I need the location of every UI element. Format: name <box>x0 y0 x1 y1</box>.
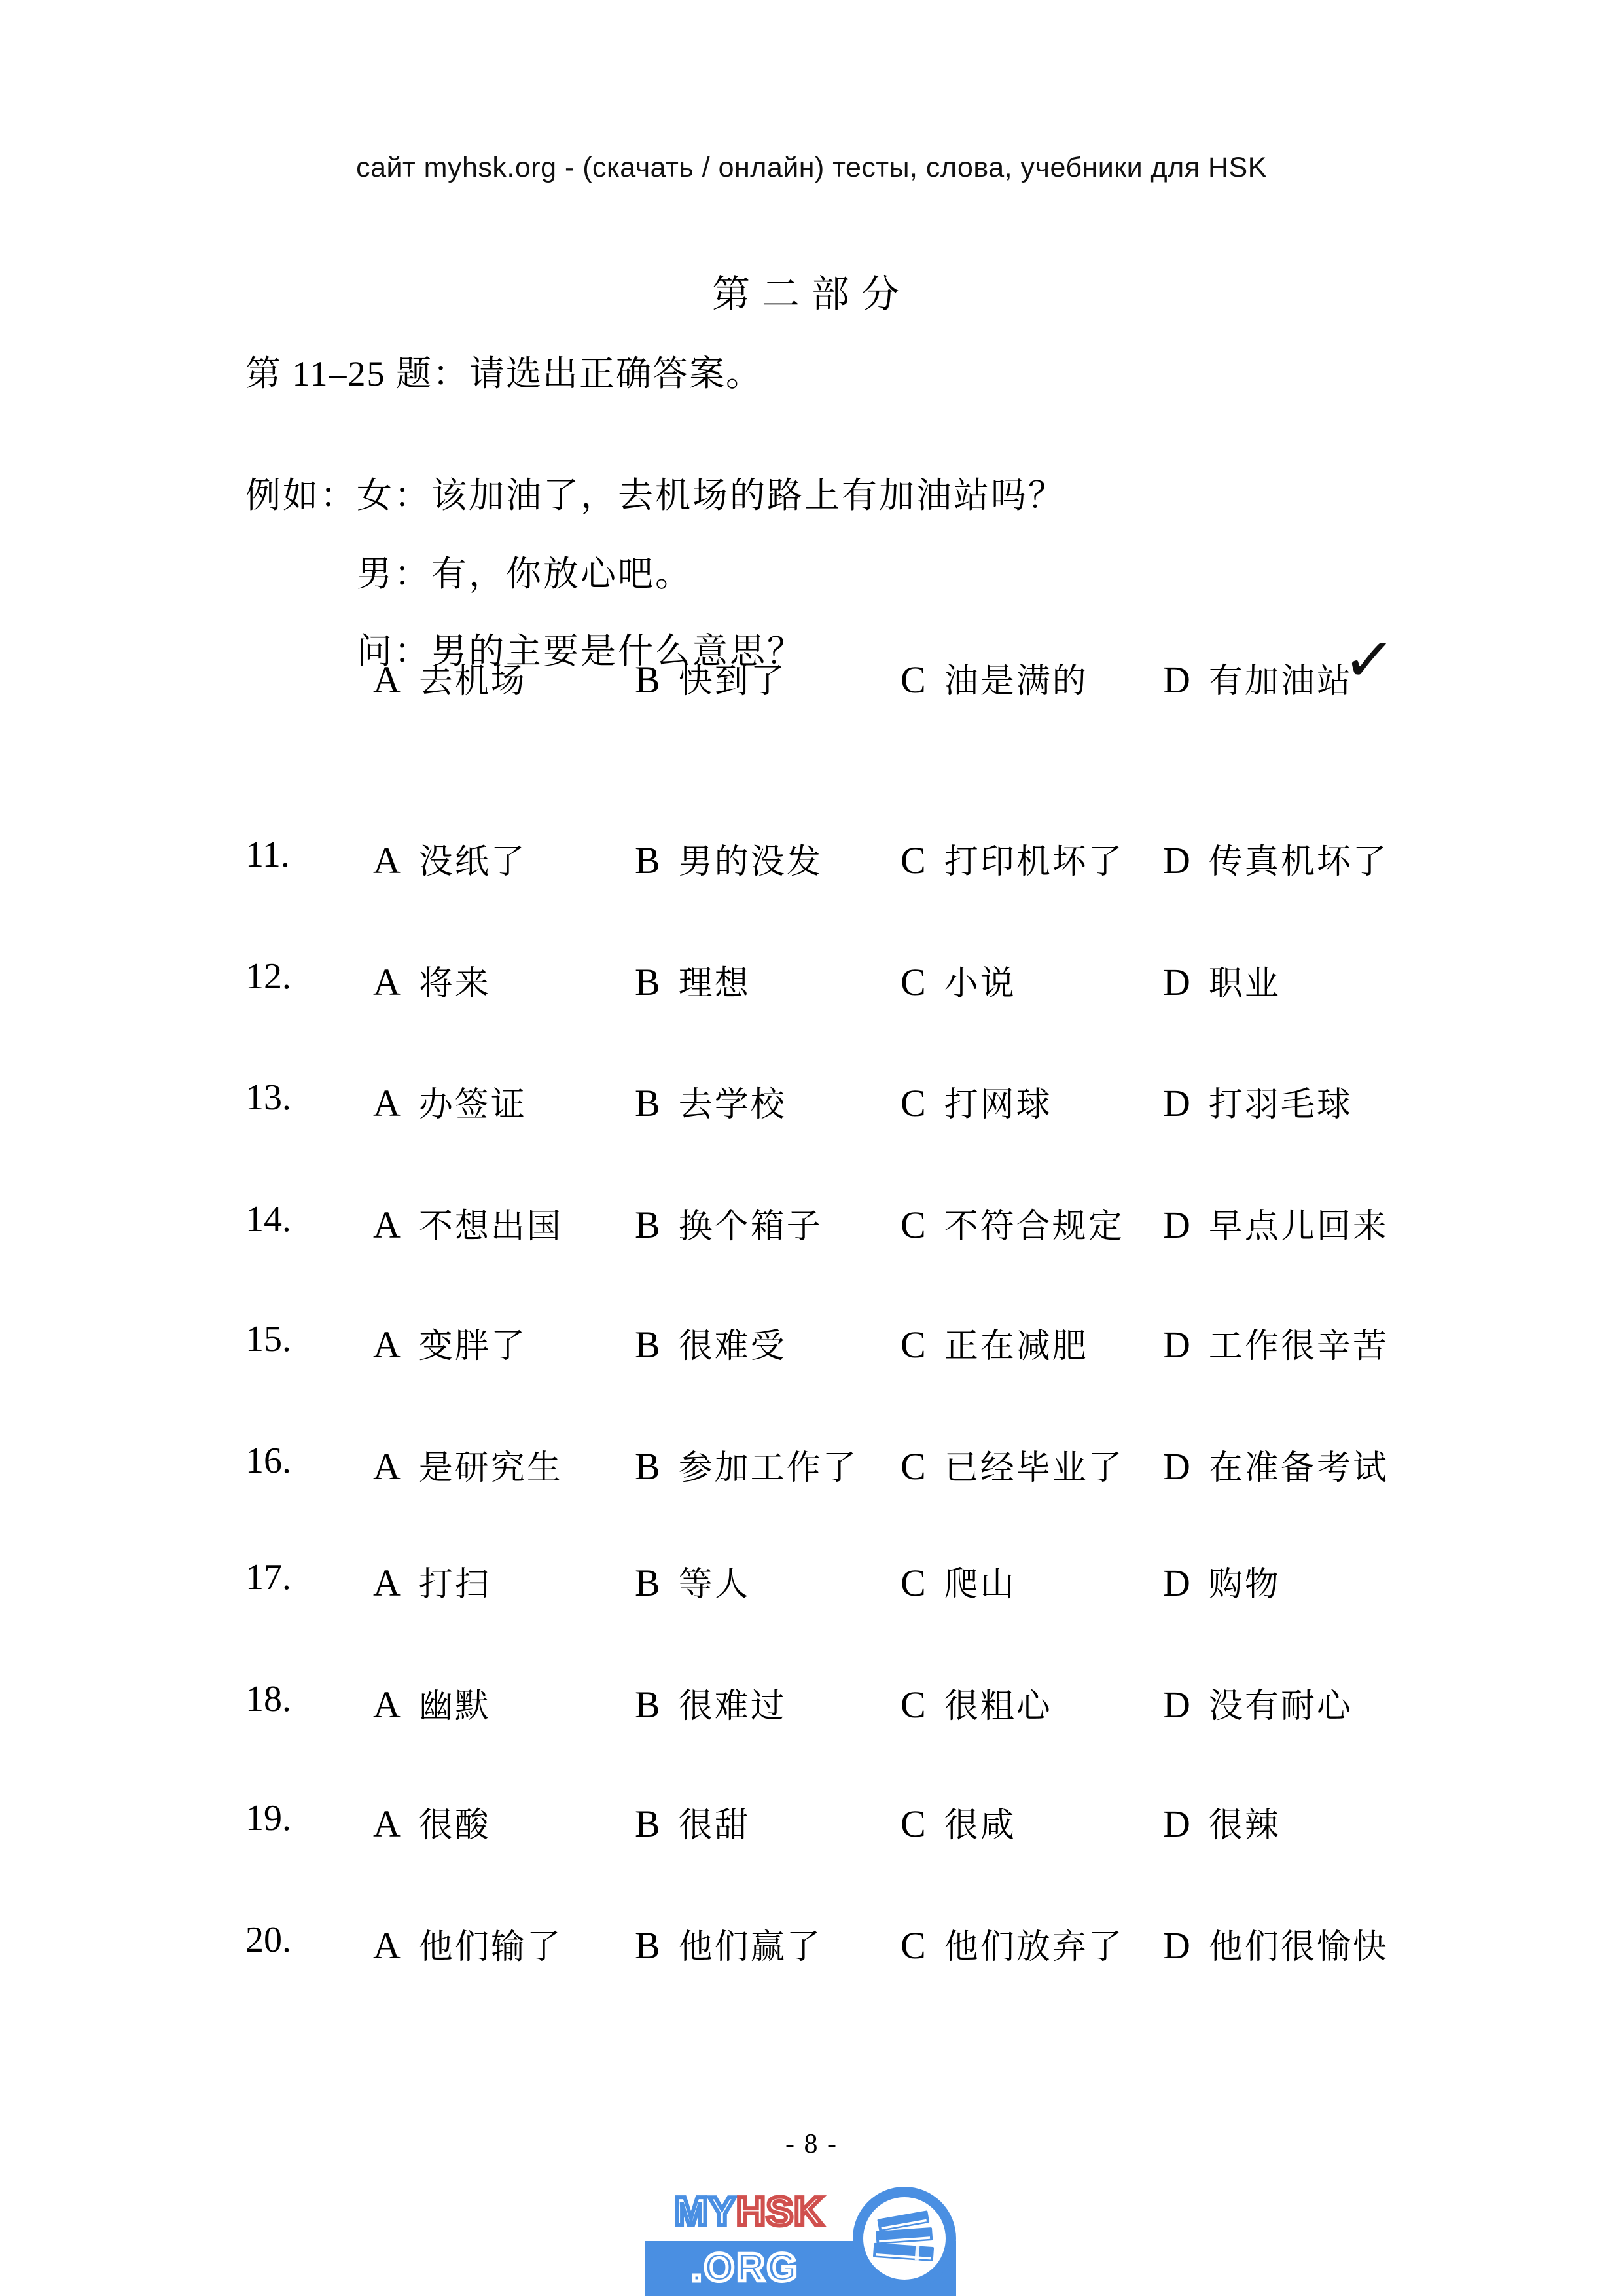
question-number: 20. <box>245 1919 291 1961</box>
logo-brand-my: MY <box>674 2189 736 2234</box>
option-letter: A <box>373 1562 401 1604</box>
option-text: 职业 <box>1209 965 1281 1003</box>
option-text: 很甜 <box>679 1807 751 1844</box>
option-text: 办签证 <box>419 1086 527 1124</box>
question-number: 16. <box>245 1440 291 1482</box>
logo-brand-org: .ORG <box>691 2245 799 2290</box>
question-option-b: B换个箱子 <box>635 1198 823 1247</box>
question-option-d: D工作很辛苦 <box>1163 1318 1389 1367</box>
question-option-d: D在准备考试 <box>1163 1440 1389 1489</box>
option-letter: B <box>635 1562 660 1604</box>
option-letter: A <box>373 1082 401 1124</box>
option-text: 很酸 <box>419 1807 491 1844</box>
option-text: 没有耐心 <box>1209 1688 1353 1725</box>
option-text: 很粗心 <box>944 1688 1052 1725</box>
question-option-b: B很难过 <box>635 1678 787 1727</box>
question-option-c: C不符合规定 <box>901 1198 1124 1247</box>
question-option-d: D打羽毛球 <box>1163 1077 1353 1126</box>
logo-brand-text: MYHSK <box>674 2189 844 2235</box>
option-letter: D <box>1163 1323 1190 1366</box>
question-option-b: B很难受 <box>635 1318 787 1367</box>
question-number: 15. <box>245 1318 291 1360</box>
question-row: 16. A是研究生 B参加工作了 C已经毕业了 D在准备考试 <box>0 1440 1623 1492</box>
question-option-a: A将来 <box>373 956 491 1005</box>
option-letter: C <box>901 1323 926 1366</box>
option-letter: A <box>373 961 401 1003</box>
option-letter: B <box>635 1082 660 1124</box>
option-text: 已经毕业了 <box>944 1450 1124 1487</box>
option-letter: A <box>373 1445 401 1488</box>
option-letter: D <box>1163 1445 1190 1488</box>
question-number: 17. <box>245 1556 291 1598</box>
question-option-c: C正在减肥 <box>901 1318 1088 1367</box>
logo-brand-hsk: HSK <box>736 2189 824 2234</box>
option-text: 幽默 <box>419 1688 491 1725</box>
example-dialog-man: 男：有，你放心吧。 <box>357 546 692 596</box>
page-number: - 8 - <box>0 2128 1623 2160</box>
question-option-c: C很咸 <box>901 1797 1016 1846</box>
question-option-a: A是研究生 <box>373 1440 563 1489</box>
option-text: 打印机坏了 <box>944 844 1124 881</box>
question-number: 18. <box>245 1678 291 1720</box>
option-letter: C <box>901 1683 926 1726</box>
question-option-b: B等人 <box>635 1556 751 1605</box>
option-text: 早点儿回来 <box>1209 1208 1389 1246</box>
question-option-c: C他们放弃了 <box>901 1919 1124 1968</box>
site-header-line: сайт myhsk.org - (скачать / онлайн) тест… <box>0 152 1623 184</box>
question-option-b: B去学校 <box>635 1077 787 1126</box>
option-text: 打羽毛球 <box>1209 1086 1353 1124</box>
option-text: 在准备考试 <box>1209 1450 1389 1487</box>
option-letter: D <box>1163 658 1190 701</box>
option-letter: B <box>635 658 660 701</box>
option-text: 很咸 <box>944 1807 1016 1844</box>
option-text: 是研究生 <box>419 1450 563 1487</box>
question-option-d: D传真机坏了 <box>1163 834 1389 883</box>
example-label: 例如： <box>245 467 357 518</box>
question-row: 13. A办签证 B去学校 C打网球 D打羽毛球 <box>0 1077 1623 1129</box>
question-option-b: B很甜 <box>635 1797 751 1846</box>
question-option-d: D早点儿回来 <box>1163 1198 1389 1247</box>
option-letter: C <box>901 1924 926 1967</box>
option-text: 去机场 <box>419 663 527 700</box>
option-letter: A <box>373 1323 401 1366</box>
question-row: 19. A很酸 B很甜 C很咸 D很辣 <box>0 1797 1623 1850</box>
option-letter: D <box>1163 1924 1190 1967</box>
option-text: 不想出国 <box>419 1208 563 1246</box>
option-text: 理想 <box>679 965 751 1003</box>
option-letter: B <box>635 839 660 882</box>
example-dialog-woman: 女：该加油了，去机场的路上有加油站吗？ <box>357 467 1065 518</box>
question-row: 20. A他们输了 B他们赢了 C他们放弃了 D他们很愉快 <box>0 1919 1623 1971</box>
question-option-a: A打扫 <box>373 1556 491 1605</box>
option-letter: C <box>901 1204 926 1246</box>
option-text: 他们赢了 <box>679 1929 823 1966</box>
question-row: 14. A不想出国 B换个箱子 C不符合规定 D早点儿回来 <box>0 1198 1623 1251</box>
question-option-c: C小说 <box>901 956 1016 1005</box>
option-text: 有加油站 <box>1209 663 1353 700</box>
question-option-d: D购物 <box>1163 1556 1281 1605</box>
question-option-a: A没纸了 <box>373 834 527 883</box>
option-text: 等人 <box>679 1566 751 1604</box>
option-letter: C <box>901 1562 926 1604</box>
option-text: 他们放弃了 <box>944 1929 1124 1966</box>
option-text: 没纸了 <box>419 844 527 881</box>
option-letter: B <box>635 1445 660 1488</box>
question-option-a: A办签证 <box>373 1077 527 1126</box>
question-option-a: A他们输了 <box>373 1919 563 1968</box>
option-letter: A <box>373 658 401 701</box>
question-row: 15. A变胖了 B很难受 C正在减肥 D工作很辛苦 <box>0 1318 1623 1371</box>
document-page: сайт myhsk.org - (скачать / онлайн) тест… <box>0 0 1623 2296</box>
option-letter: B <box>635 1204 660 1246</box>
question-row: 12. A将来 B理想 C小说 D职业 <box>0 956 1623 1008</box>
option-letter: D <box>1163 1683 1190 1726</box>
option-letter: C <box>901 1082 926 1124</box>
question-option-c: C很粗心 <box>901 1678 1052 1727</box>
option-text: 参加工作了 <box>679 1450 859 1487</box>
option-text: 快到了 <box>679 663 787 700</box>
option-text: 购物 <box>1209 1566 1281 1604</box>
option-letter: A <box>373 1683 401 1726</box>
option-text: 变胖了 <box>419 1328 527 1365</box>
example-options-row: A去机场 B快到了 C油是满的 D有加油站 ✓ <box>0 653 1623 706</box>
question-option-a: A很酸 <box>373 1797 491 1846</box>
option-letter: B <box>635 1323 660 1366</box>
option-letter: D <box>1163 1562 1190 1604</box>
option-letter: D <box>1163 1803 1190 1845</box>
question-option-a: A不想出国 <box>373 1198 563 1247</box>
question-number: 13. <box>245 1077 291 1119</box>
option-text: 换个箱子 <box>679 1208 823 1246</box>
question-option-a: A变胖了 <box>373 1318 527 1367</box>
option-letter: A <box>373 839 401 882</box>
question-option-b: B参加工作了 <box>635 1440 859 1489</box>
question-option-c: C爬山 <box>901 1556 1016 1605</box>
question-option-b: B男的没发 <box>635 834 823 883</box>
option-letter: D <box>1163 839 1190 882</box>
question-number: 12. <box>245 956 291 997</box>
question-option-c: C已经毕业了 <box>901 1440 1124 1489</box>
option-text: 很难受 <box>679 1328 787 1365</box>
question-option-d: D很辣 <box>1163 1797 1281 1846</box>
correct-answer-checkmark: ✓ <box>1340 621 1398 698</box>
question-row: 18. A幽默 B很难过 C很粗心 D没有耐心 <box>0 1678 1623 1731</box>
question-option-b: B他们赢了 <box>635 1919 823 1968</box>
option-text: 小说 <box>944 965 1016 1003</box>
option-letter: B <box>635 1924 660 1967</box>
question-number: 11. <box>245 834 290 876</box>
option-text: 很难过 <box>679 1688 787 1725</box>
option-letter: A <box>373 1803 401 1845</box>
option-text: 将来 <box>419 965 491 1003</box>
option-text: 传真机坏了 <box>1209 844 1389 881</box>
option-letter: A <box>373 1924 401 1967</box>
option-text: 工作很辛苦 <box>1209 1328 1389 1365</box>
question-option-a: A幽默 <box>373 1678 491 1727</box>
option-text: 去学校 <box>679 1086 787 1124</box>
question-number: 19. <box>245 1797 291 1839</box>
instruction-line: 第 11–25 题：请选出正确答案。 <box>245 346 762 396</box>
option-letter: C <box>901 1803 926 1845</box>
option-text: 很辣 <box>1209 1807 1281 1844</box>
question-row: 11. A没纸了 B男的没发 C打印机坏了 D传真机坏了 <box>0 834 1623 886</box>
option-letter: B <box>635 1803 660 1845</box>
example-option-c: C油是满的 <box>901 653 1088 702</box>
option-letter: D <box>1163 1082 1190 1124</box>
section-title: 第二部分 <box>0 263 1623 318</box>
question-number: 14. <box>245 1198 291 1240</box>
question-option-c: C打印机坏了 <box>901 834 1124 883</box>
example-option-d: D有加油站 <box>1163 653 1353 702</box>
option-text: 他们很愉快 <box>1209 1929 1389 1966</box>
example-option-a: A去机场 <box>373 653 527 702</box>
option-text: 他们输了 <box>419 1929 563 1966</box>
option-letter: B <box>635 961 660 1003</box>
question-option-b: B理想 <box>635 956 751 1005</box>
option-letter: C <box>901 839 926 882</box>
option-letter: D <box>1163 1204 1190 1246</box>
option-letter: B <box>635 1683 660 1726</box>
option-text: 不符合规定 <box>944 1208 1124 1246</box>
option-text: 油是满的 <box>944 663 1088 700</box>
option-text: 爬山 <box>944 1566 1016 1604</box>
option-letter: D <box>1163 961 1190 1003</box>
option-text: 正在减肥 <box>944 1328 1088 1365</box>
question-option-d: D职业 <box>1163 956 1281 1005</box>
option-letter: A <box>373 1204 401 1246</box>
question-option-d: D没有耐心 <box>1163 1678 1353 1727</box>
question-row: 17. A打扫 B等人 C爬山 D购物 <box>0 1556 1623 1609</box>
option-letter: C <box>901 658 926 701</box>
question-option-c: C打网球 <box>901 1077 1052 1126</box>
option-letter: C <box>901 1445 926 1488</box>
option-text: 男的没发 <box>679 844 823 881</box>
option-text: 打扫 <box>419 1566 491 1604</box>
option-text: 打网球 <box>944 1086 1052 1124</box>
question-option-d: D他们很愉快 <box>1163 1919 1389 1968</box>
books-icon <box>852 2186 957 2291</box>
example-option-b: B快到了 <box>635 653 787 702</box>
option-letter: C <box>901 961 926 1003</box>
